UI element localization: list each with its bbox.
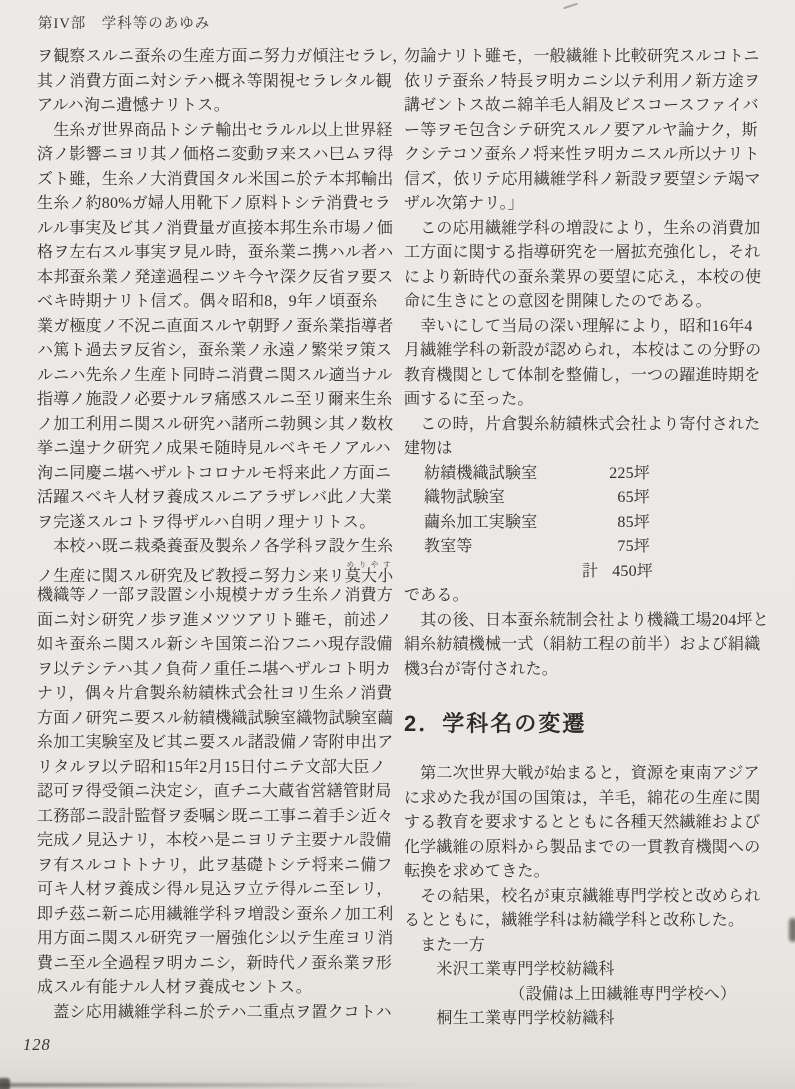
text-line: 絹糸紡績機械一式（絹紡工程の前半）および絹織	[404, 633, 766, 658]
scan-artifact-bottom-edge	[0, 1083, 430, 1087]
text-line: 化学繊維の原料から製品までの一貫教育機関への	[404, 836, 766, 861]
text-line: アルハ洵ニ遺憾ナリトス。	[37, 94, 399, 119]
donation-item-area: 225坪	[609, 462, 650, 487]
text-line: るとともに，繊維学科は紡織学科と改称した。	[404, 909, 766, 934]
text-line: 幸いにして当局の深い理解により，昭和16年4	[404, 315, 766, 340]
donation-list-row: 紡績機織試験室225坪	[404, 462, 766, 487]
donation-total-value: 450坪	[612, 563, 653, 580]
text-line: する教育を要求するとともに各種天然繊維および	[404, 811, 766, 836]
donation-total-row: 計450坪	[404, 560, 766, 585]
text-line: 用方面ニ関スル研究ヲ一層強化シ以テ生産ヨリ消	[37, 927, 399, 952]
text-line: ルニハ先糸ノ生産ト同時ニ消費ニ関スル適当ナル	[37, 364, 399, 389]
text-line: 其の後、日本蚕糸統制会社より機織工場204坪と	[404, 609, 766, 634]
text-column-left: ヲ観察スルニ蚕糸の生産方面ニ努力ガ傾注セラレ，其ノ消費方面ニ対シテハ概ネ等閑視セ…	[37, 45, 399, 1025]
text-line: ルル事実及ビ其ノ消費量ガ直接本邦生糸市場ノ価	[37, 217, 399, 242]
section-heading: 2．学科名の変遷	[404, 709, 766, 739]
text-line: 米沢工業専門学校紡織科	[404, 958, 766, 983]
text-line: 済ノ影響ニヨリ其ノ価格ニ変動ヲ来スハ巳ムヲ得	[37, 143, 399, 168]
donation-item-area: 85坪	[617, 511, 650, 536]
scan-artifact-top-right	[563, 3, 578, 10]
page-number: 128	[23, 1035, 51, 1055]
text-line: 第二次世界大戦が始まると，資源を東南アジア	[404, 762, 766, 787]
text-line: 勿論ナリト雖モ，一般繊維ト比較研究スルコトニ	[404, 45, 766, 70]
text-line: 画するに至った。	[404, 388, 766, 413]
text-line: 蓋シ応用繊維学科ニ於テハ二重点ヲ置クコトハ	[37, 1001, 399, 1026]
text-line: 教育機関として体制を整備し，一つの躍進時期を	[404, 364, 766, 389]
text-line: ヲ観察スルニ蚕糸の生産方面ニ努力ガ傾注セラレ，	[37, 45, 399, 70]
text-line: ー等ヲモ包含シテ研究スルノ要アルヤ論ナク，斯	[404, 119, 766, 144]
text-line: 信ズ，依リテ応用繊維学科ノ新設ヲ要望シテ竭マ	[404, 168, 766, 193]
text-line: ベキ時期ナリト信ズ。偶々昭和8，9年ノ頃蚕糸	[37, 290, 399, 315]
donation-list-row: 繭糸加工実験室85坪	[404, 511, 766, 536]
text-line: ズト雖，生糸ノ大消費国タル米国ニ於テ本邦輸出	[37, 168, 399, 193]
text-line: 即チ茲ニ新ニ応用繊維学科ヲ増設シ蚕糸ノ加工利	[37, 903, 399, 928]
text-line: ハ篤ト過去ヲ反省シ，蚕糸業ノ永遠ノ繁栄ヲ策ス	[37, 339, 399, 364]
text-line: また一方	[404, 934, 766, 959]
text-line: により新時代の蚕糸業界の要望に応え，本校の使	[404, 266, 766, 291]
text-line: 業ガ極度ノ不況ニ直面スルヤ朝野ノ蚕糸業指導者	[37, 315, 399, 340]
donation-item-name: 繭糸加工実験室	[404, 511, 537, 536]
text-line: この応用繊維学科の増設により，生糸の消費加	[404, 217, 766, 242]
text-line: 糸加工実験室及ビ其ニ要スル諸設備ノ寄附申出ア	[37, 731, 399, 756]
text-line: である。	[404, 584, 766, 609]
text-line: 洵ニ同慶ニ堪ヘザルトコロナルモ将来此ノ方面ニ	[37, 462, 399, 487]
donation-item-name: 織物試験室	[404, 486, 505, 511]
text-line: 機織等ノ一部ヲ設置シ小規模ナガラ生糸ノ消費方	[37, 584, 399, 609]
text-line: 命に生きにとの意図を開陳したのである。	[404, 290, 766, 315]
text-line: この時，片倉製糸紡績株式会社より寄付された	[404, 413, 766, 438]
text-line: 其ノ消費方面ニ対シテハ概ネ等閑視セラレタル観	[37, 70, 399, 95]
text-line: 可キ人材ヲ養成シ得ル見込ヲ立テ得ルニ至レリ，	[37, 878, 399, 903]
text-line: 桐生工業専門学校紡織科	[404, 1007, 766, 1032]
text-line: 面ニ対シ研究ノ歩ヲ進メツツアリト雖モ，前述ノ	[37, 609, 399, 634]
text-line: 完成ノ見込ナリ，本校ハ是ニヨリテ主要ナル設備	[37, 829, 399, 854]
text-line: 挙ニ遑ナク研究ノ成果モ随時見ルベキモノアルハ	[37, 437, 399, 462]
text-line: ナリ，偶々片倉製糸紡績株式会社ヨリ生糸ノ消費	[37, 682, 399, 707]
text-line: 本邦蚕糸業ノ発達過程ニツキ今ヤ深ク反省ヲ要ス	[37, 266, 399, 291]
furigana-reading: めりやす	[345, 560, 394, 569]
donation-item-area: 65坪	[617, 486, 650, 511]
donation-item-name: 教室等	[404, 535, 473, 560]
text-line: 格ヲ左右スル事実ヲ見ル時，蚕糸業ニ携ハル者ハ	[37, 241, 399, 266]
text-line: ヲ完遂スルコトヲ得ザルハ自明ノ理ナリトス。	[37, 511, 399, 536]
scan-artifact-right-edge	[789, 918, 795, 942]
text-column-right: 勿論ナリト雖モ，一般繊維ト比較研究スルコトニ依リテ蚕糸ノ特長ヲ明カニシ以テ利用ノ…	[404, 45, 766, 1032]
text-line: 本校ハ既ニ栽桑養蚕及製糸ノ各学科ヲ設ケ生糸	[37, 535, 399, 560]
text-line: 成スル有能ナル人材ヲ養成セントス。	[37, 976, 399, 1001]
text-line: ノ加工利用ニ関スル研究ハ諸所ニ勃興シ其ノ数枚	[37, 413, 399, 438]
running-header: 第IV部 学科等のあゆみ	[38, 12, 210, 33]
donation-total-label: 計	[582, 563, 598, 580]
text-line: 活躍スベキ人材ヲ養成スルニアラザレバ此ノ大業	[37, 486, 399, 511]
text-line: 費ニ至ル全過程ヲ明カニシ，新時代ノ蚕糸業ヲ形	[37, 952, 399, 977]
text-line: ノ生産に関スル研究及ビ教授ニ努力シ来リ莫大小めりやす	[37, 560, 399, 585]
furigana-term: 莫大小めりやす	[345, 568, 394, 585]
text-line: に求めた我が国の国策は，羊毛，綿花の生産に関	[404, 787, 766, 812]
donation-item-area: 75坪	[617, 535, 650, 560]
text-line: 月繊維学科の新設が認められ，本校はこの分野の	[404, 339, 766, 364]
donation-item-name: 紡績機織試験室	[404, 462, 537, 487]
text-line: 工務部ニ設計監督ヲ委嘱シ既ニ工事ニ着手シ近々	[37, 805, 399, 830]
text-line: 生糸ガ世界商品トシテ輸出セラルル以上世界経	[37, 119, 399, 144]
text-line: ヲ以テシテハ其ノ負荷ノ重任ニ堪ヘザルコト明カ	[37, 658, 399, 683]
text-line: ヲ有スルコトトナリ，此ヲ基礎トシテ将来ニ備フ	[37, 854, 399, 879]
text-line: その結果，校名が東京繊維専門学校と改められ	[404, 885, 766, 910]
text-line: 生糸ノ約80%ガ婦人用靴下ノ原料トシテ消費セラ	[37, 192, 399, 217]
text-line: 建物は	[404, 437, 766, 462]
text-run: ノ生産に関スル研究及ビ教授ニ努力シ来リ	[37, 568, 345, 585]
text-line: リタルヲ以テ昭和15年2月15日付ニテ文部大臣ノ	[37, 756, 399, 781]
text-line: 転換を求めてきた。	[404, 860, 766, 885]
text-line: クシテコソ蚕糸ノ将来性ヲ明カニスル所以ナリト	[404, 143, 766, 168]
text-line: （設備は上田繊維専門学校へ）	[404, 983, 766, 1008]
text-line: 機3台が寄付された。	[404, 658, 766, 683]
text-line: 如キ蚕糸ニ関スル新シキ国策ニ沿フニハ現存設備	[37, 633, 399, 658]
donation-list-row: 織物試験室65坪	[404, 486, 766, 511]
text-line: 方面ノ研究ニ要スル紡績機織試験室織物試験室繭	[37, 707, 399, 732]
scanned-document-page: 第IV部 学科等のあゆみ ヲ観察スルニ蚕糸の生産方面ニ努力ガ傾注セラレ，其ノ消費…	[0, 0, 795, 1089]
text-line: 工方面に関する指導研究を一層拡充強化し，それ	[404, 241, 766, 266]
text-line: ザル次第ナリ。」	[404, 192, 766, 217]
text-line: 認可ヲ得受領ニ決定シ，直チニ大蔵省営繕管財局	[37, 780, 399, 805]
text-line: 依リテ蚕糸ノ特長ヲ明カニシ以テ利用ノ新方途ヲ	[404, 70, 766, 95]
donation-list-row: 教室等75坪	[404, 535, 766, 560]
text-line: 講ゼントス故ニ綿羊毛人絹及ビスコースファイバ	[404, 94, 766, 119]
text-line: 指導ノ施設ノ必要ナルヲ痛感スルニ至リ爾来生糸	[37, 388, 399, 413]
